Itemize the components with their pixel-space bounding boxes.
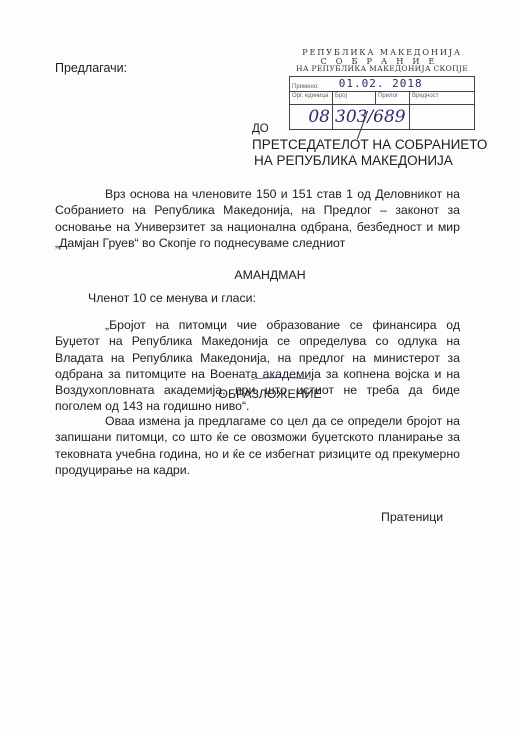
signers-label: Пратеници	[381, 510, 443, 524]
stamp-line-3: НА РЕПУБЛИКА МАКЕДОНИЈА СКОПЈЕ	[289, 65, 475, 74]
addressee-block: ДО ПРЕТСЕДАТЕЛОТ НА СОБРАНИЕТО НА РЕПУБЛ…	[252, 121, 487, 169]
received-label: Примено:	[292, 84, 319, 90]
handwritten-underline	[250, 377, 312, 384]
proposers-label: Предлагачи:	[55, 61, 127, 75]
addressee-line-1: ПРЕТСЕДАТЕЛОТ НА СОБРАНИЕТО	[252, 137, 487, 153]
stamp-header-row: Орг. единица Број Прилог Вредност	[290, 92, 474, 105]
intro-paragraph: Врз основа на членовите 150 и 151 став 1…	[55, 186, 460, 251]
addressee-line-2: НА РЕПУБЛИКА МАКЕДОНИЈА	[252, 153, 487, 169]
stamp-received-row: Примено: 01.02. 2018	[290, 77, 474, 92]
header-org-unit: Орг. единица	[290, 92, 333, 104]
justification-paragraph: Оваа измена ја предлагаме со цел да се о…	[55, 413, 460, 478]
amendment-heading: АМАНДМАН	[0, 268, 520, 282]
registry-stamp: РЕПУБЛИКА МАКЕДОНИЈА СОБРАНИЕ НА РЕПУБЛИ…	[289, 48, 475, 130]
header-attachment: Прилог	[376, 92, 410, 104]
header-number: Број	[333, 92, 376, 104]
article-line: Членот 10 се менува и гласи:	[88, 291, 256, 305]
justification-heading: ОБРАЗЛОЖЕНИЕ	[0, 387, 520, 401]
document-page: Предлагачи: РЕПУБЛИКА МАКЕДОНИЈА СОБРАНИ…	[0, 0, 520, 736]
received-date: 01.02. 2018	[339, 77, 423, 90]
header-value: Вредност	[410, 92, 474, 104]
addressee-to: ДО	[252, 121, 487, 137]
